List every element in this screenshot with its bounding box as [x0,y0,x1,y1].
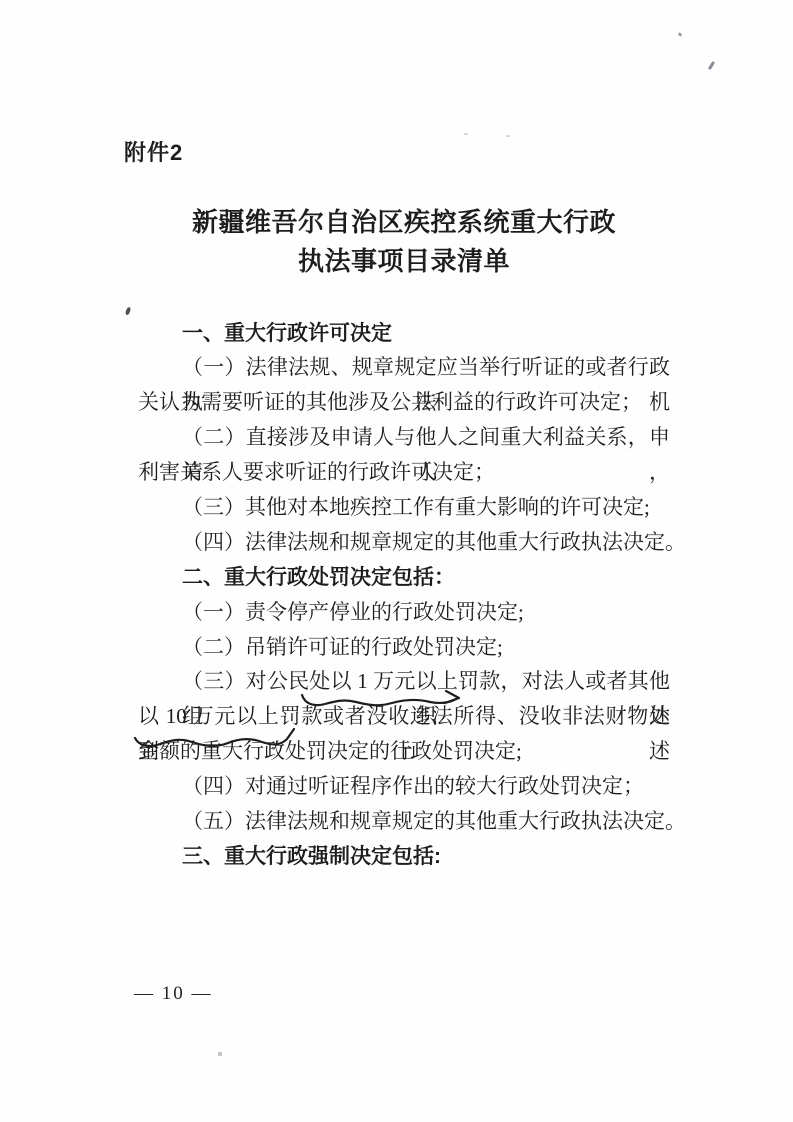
body-line: （二）直接涉及申请人与他人之间重大利益关系，申请人， [138,420,670,455]
document-title: 新疆维吾尔自治区疾控系统重大行政 执法事项目录清单 [138,203,670,281]
scanned-document-page: 附件2 新疆维吾尔自治区疾控系统重大行政 执法事项目录清单 一、重大行政许可决定… [0,0,793,1122]
body-line: （一）责令停产停业的行政处罚决定; [138,595,670,630]
scan-speck [708,61,715,70]
section-heading-3: 三、重大行政强制决定包括: [138,839,670,874]
page-number: — 10 — [134,982,213,1006]
body-line: （五）法律法规和规章规定的其他重大行政执法决定。 [138,804,670,839]
body-line: （三）对公民处以 1 万元以上罚款，对法人或者其他组织处 [138,664,670,699]
scan-speck [218,1052,222,1056]
body-line: 关认为需要听证的其他涉及公共利益的行政许可决定； [138,385,670,420]
section-heading-1: 一、重大行政许可决定 [138,316,670,351]
body-line: （一）法律法规、规章规定应当举行听证的或者行政执法机 [138,350,670,385]
body-line: （四）法律法规和规章规定的其他重大行政执法决定。 [138,525,670,560]
body-line: 以 10 万元以上罚款或者没收违法所得、没收非法财物达到上述 [138,699,670,734]
title-line-2: 执法事项目录清单 [138,242,670,281]
body-line: （三）其他对本地疾控工作有重大影响的许可决定; [138,490,670,525]
scan-speck [464,133,468,135]
body-line: （四）对通过听证程序作出的较大行政处罚决定； [138,769,670,804]
body-line: 利害关系人要求听证的行政许可决定； [138,455,670,490]
scan-speck [125,307,131,316]
body-line: 金额的重大行政处罚决定的行政处罚决定; [138,734,670,769]
scan-speck [506,135,510,137]
section-heading-2: 二、重大行政处罚决定包括： [138,560,670,595]
attachment-label: 附件2 [124,136,183,167]
scan-speck [678,32,683,37]
title-line-1: 新疆维吾尔自治区疾控系统重大行政 [138,203,670,242]
body-line: （二）吊销许可证的行政处罚决定; [138,630,670,665]
